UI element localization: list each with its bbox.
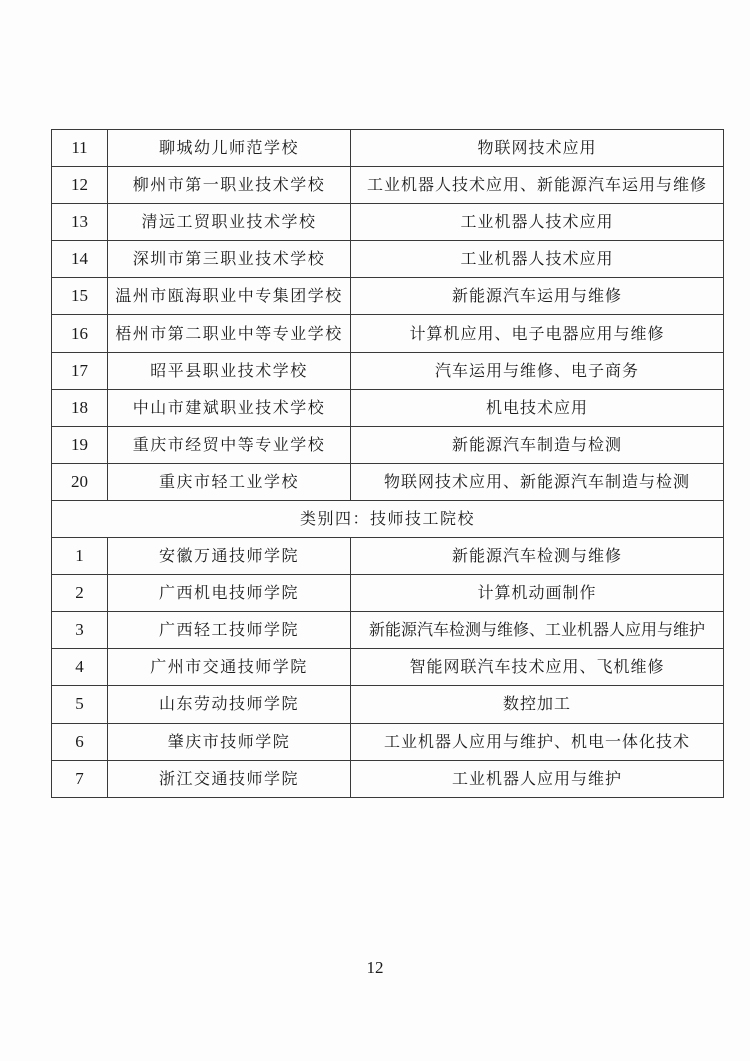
row-number: 12 <box>52 167 108 204</box>
major-name: 新能源汽车检测与维修 <box>351 538 724 575</box>
row-number: 7 <box>52 760 108 797</box>
major-name: 新能源汽车运用与维修 <box>351 278 724 315</box>
school-name: 昭平县职业技术学校 <box>108 352 351 389</box>
row-number: 20 <box>52 463 108 500</box>
table-row: 16 梧州市第二职业中等专业学校 计算机应用、电子电器应用与维修 <box>52 315 724 352</box>
school-name: 山东劳动技师学院 <box>108 686 351 723</box>
row-number: 14 <box>52 241 108 278</box>
table-row: 2 广西机电技师学院 计算机动画制作 <box>52 575 724 612</box>
page-number: 12 <box>0 958 750 978</box>
table-row: 12 柳州市第一职业技术学校 工业机器人技术应用、新能源汽车运用与维修 <box>52 167 724 204</box>
major-name: 工业机器人技术应用、新能源汽车运用与维修 <box>351 167 724 204</box>
school-name: 柳州市第一职业技术学校 <box>108 167 351 204</box>
school-name: 深圳市第三职业技术学校 <box>108 241 351 278</box>
table-row: 15 温州市瓯海职业中专集团学校 新能源汽车运用与维修 <box>52 278 724 315</box>
table-row: 18 中山市建斌职业技术学校 机电技术应用 <box>52 389 724 426</box>
row-number: 17 <box>52 352 108 389</box>
row-number: 2 <box>52 575 108 612</box>
school-name: 温州市瓯海职业中专集团学校 <box>108 278 351 315</box>
school-name: 聊城幼儿师范学校 <box>108 130 351 167</box>
table-row: 20 重庆市轻工业学校 物联网技术应用、新能源汽车制造与检测 <box>52 463 724 500</box>
major-name: 智能网联汽车技术应用、飞机维修 <box>351 649 724 686</box>
table-row: 5 山东劳动技师学院 数控加工 <box>52 686 724 723</box>
row-number: 3 <box>52 612 108 649</box>
major-name: 工业机器人技术应用 <box>351 204 724 241</box>
category-row: 类别四：技师技工院校 <box>52 500 724 537</box>
major-name: 计算机动画制作 <box>351 575 724 612</box>
major-name: 物联网技术应用、新能源汽车制造与检测 <box>351 463 724 500</box>
table-row: 17 昭平县职业技术学校 汽车运用与维修、电子商务 <box>52 352 724 389</box>
row-number: 1 <box>52 538 108 575</box>
table-row: 4 广州市交通技师学院 智能网联汽车技术应用、飞机维修 <box>52 649 724 686</box>
school-name: 清远工贸职业技术学校 <box>108 204 351 241</box>
school-name: 安徽万通技师学院 <box>108 538 351 575</box>
school-list-table: 11 聊城幼儿师范学校 物联网技术应用 12 柳州市第一职业技术学校 工业机器人… <box>51 129 724 798</box>
school-name: 重庆市经贸中等专业学校 <box>108 426 351 463</box>
major-name: 工业机器人应用与维护、机电一体化技术 <box>351 723 724 760</box>
table-row: 19 重庆市经贸中等专业学校 新能源汽车制造与检测 <box>52 426 724 463</box>
school-name: 梧州市第二职业中等专业学校 <box>108 315 351 352</box>
row-number: 4 <box>52 649 108 686</box>
major-name: 汽车运用与维修、电子商务 <box>351 352 724 389</box>
document-page: 11 聊城幼儿师范学校 物联网技术应用 12 柳州市第一职业技术学校 工业机器人… <box>0 0 750 1061</box>
school-name: 浙江交通技师学院 <box>108 760 351 797</box>
row-number: 13 <box>52 204 108 241</box>
major-name: 数控加工 <box>351 686 724 723</box>
row-number: 6 <box>52 723 108 760</box>
major-name: 新能源汽车制造与检测 <box>351 426 724 463</box>
major-name: 物联网技术应用 <box>351 130 724 167</box>
school-name: 广州市交通技师学院 <box>108 649 351 686</box>
school-name: 广西机电技师学院 <box>108 575 351 612</box>
school-name: 中山市建斌职业技术学校 <box>108 389 351 426</box>
major-name: 工业机器人技术应用 <box>351 241 724 278</box>
row-number: 5 <box>52 686 108 723</box>
table-body: 11 聊城幼儿师范学校 物联网技术应用 12 柳州市第一职业技术学校 工业机器人… <box>52 130 724 798</box>
table-row: 13 清远工贸职业技术学校 工业机器人技术应用 <box>52 204 724 241</box>
major-name: 机电技术应用 <box>351 389 724 426</box>
table-row: 1 安徽万通技师学院 新能源汽车检测与维修 <box>52 538 724 575</box>
major-name: 新能源汽车检测与维修、工业机器人应用与维护 <box>351 612 724 649</box>
table-row: 11 聊城幼儿师范学校 物联网技术应用 <box>52 130 724 167</box>
school-name: 重庆市轻工业学校 <box>108 463 351 500</box>
school-name: 广西轻工技师学院 <box>108 612 351 649</box>
school-name: 肇庆市技师学院 <box>108 723 351 760</box>
major-name: 计算机应用、电子电器应用与维修 <box>351 315 724 352</box>
row-number: 19 <box>52 426 108 463</box>
row-number: 18 <box>52 389 108 426</box>
table-row: 14 深圳市第三职业技术学校 工业机器人技术应用 <box>52 241 724 278</box>
row-number: 16 <box>52 315 108 352</box>
row-number: 15 <box>52 278 108 315</box>
row-number: 11 <box>52 130 108 167</box>
category-heading: 类别四：技师技工院校 <box>52 500 724 537</box>
table-row: 7 浙江交通技师学院 工业机器人应用与维护 <box>52 760 724 797</box>
table-row: 6 肇庆市技师学院 工业机器人应用与维护、机电一体化技术 <box>52 723 724 760</box>
table-row: 3 广西轻工技师学院 新能源汽车检测与维修、工业机器人应用与维护 <box>52 612 724 649</box>
major-name: 工业机器人应用与维护 <box>351 760 724 797</box>
